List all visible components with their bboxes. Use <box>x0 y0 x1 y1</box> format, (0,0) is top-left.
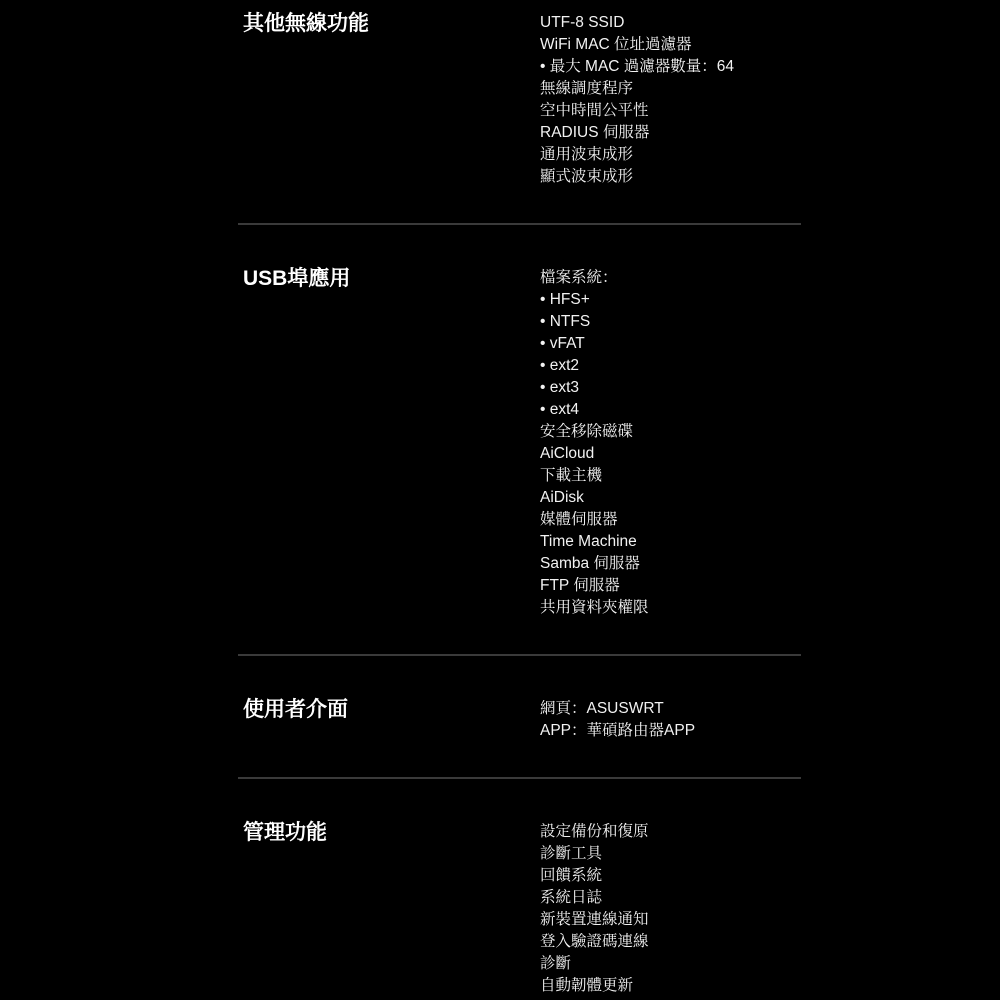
spec-value-line: WiFi MAC 位址過濾器 <box>540 34 801 56</box>
spec-row: 使用者介面 網頁：ASUSWRTAPP：華碩路由器APP <box>238 656 801 779</box>
spec-row-label: 使用者介面 <box>238 698 540 721</box>
spec-value-line: 系統日誌 <box>540 887 801 909</box>
spec-value-line: 媒體伺服器 <box>540 509 801 531</box>
spec-value-line: 檔案系統： <box>540 267 801 289</box>
spec-value-line: UTF-8 SSID <box>540 12 801 34</box>
spec-value-line: Samba 伺服器 <box>540 553 801 575</box>
spec-row-label: 其他無線功能 <box>238 12 540 35</box>
spec-value-line: 通用波束成形 <box>540 144 801 166</box>
spec-value-line: 設定備份和復原 <box>540 821 801 843</box>
spec-value-line: • ext2 <box>540 355 801 377</box>
spec-value-line: 自動韌體更新 <box>540 975 801 997</box>
spec-value-line: • HFS+ <box>540 289 801 311</box>
spec-value-line: • NTFS <box>540 311 801 333</box>
spec-value-line: 下載主機 <box>540 465 801 487</box>
spec-row: USB埠應用 檔案系統：• HFS+• NTFS• vFAT• ext2• ex… <box>238 225 801 656</box>
spec-value-line: 共用資料夾權限 <box>540 597 801 619</box>
spec-value-line: 新裝置連線通知 <box>540 909 801 931</box>
spec-value-line: • ext4 <box>540 399 801 421</box>
spec-row-values: 設定備份和復原診斷工具回饋系統系統日誌新裝置連線通知登入驗證碼連線診斷自動韌體更… <box>540 821 801 997</box>
spec-row-values: 檔案系統：• HFS+• NTFS• vFAT• ext2• ext3• ext… <box>540 267 801 619</box>
spec-value-line: • ext3 <box>540 377 801 399</box>
spec-value-line: 網頁：ASUSWRT <box>540 698 801 720</box>
spec-row: 其他無線功能 UTF-8 SSIDWiFi MAC 位址過濾器• 最大 MAC … <box>238 0 801 225</box>
spec-value-line: 無線調度程序 <box>540 78 801 100</box>
spec-value-line: AiCloud <box>540 443 801 465</box>
spec-value-line: AiDisk <box>540 487 801 509</box>
spec-value-line: FTP 伺服器 <box>540 575 801 597</box>
spec-table: 其他無線功能 UTF-8 SSIDWiFi MAC 位址過濾器• 最大 MAC … <box>238 0 801 997</box>
spec-value-line: 顯式波束成形 <box>540 166 801 188</box>
spec-value-line: • 最大 MAC 過濾器數量：64 <box>540 56 801 78</box>
spec-value-line: APP：華碩路由器APP <box>540 720 801 742</box>
spec-value-line: 診斷 <box>540 953 801 975</box>
spec-row-values: UTF-8 SSIDWiFi MAC 位址過濾器• 最大 MAC 過濾器數量：6… <box>540 12 801 188</box>
spec-row-label: 管理功能 <box>238 821 540 844</box>
spec-value-line: • vFAT <box>540 333 801 355</box>
spec-row: 管理功能 設定備份和復原診斷工具回饋系統系統日誌新裝置連線通知登入驗證碼連線診斷… <box>238 779 801 997</box>
spec-row-values: 網頁：ASUSWRTAPP：華碩路由器APP <box>540 698 801 742</box>
spec-value-line: Time Machine <box>540 531 801 553</box>
spec-value-line: 空中時間公平性 <box>540 100 801 122</box>
spec-value-line: 回饋系統 <box>540 865 801 887</box>
spec-value-line: RADIUS 伺服器 <box>540 122 801 144</box>
spec-value-line: 診斷工具 <box>540 843 801 865</box>
spec-value-line: 登入驗證碼連線 <box>540 931 801 953</box>
spec-row-label: USB埠應用 <box>238 267 540 290</box>
spec-value-line: 安全移除磁碟 <box>540 421 801 443</box>
